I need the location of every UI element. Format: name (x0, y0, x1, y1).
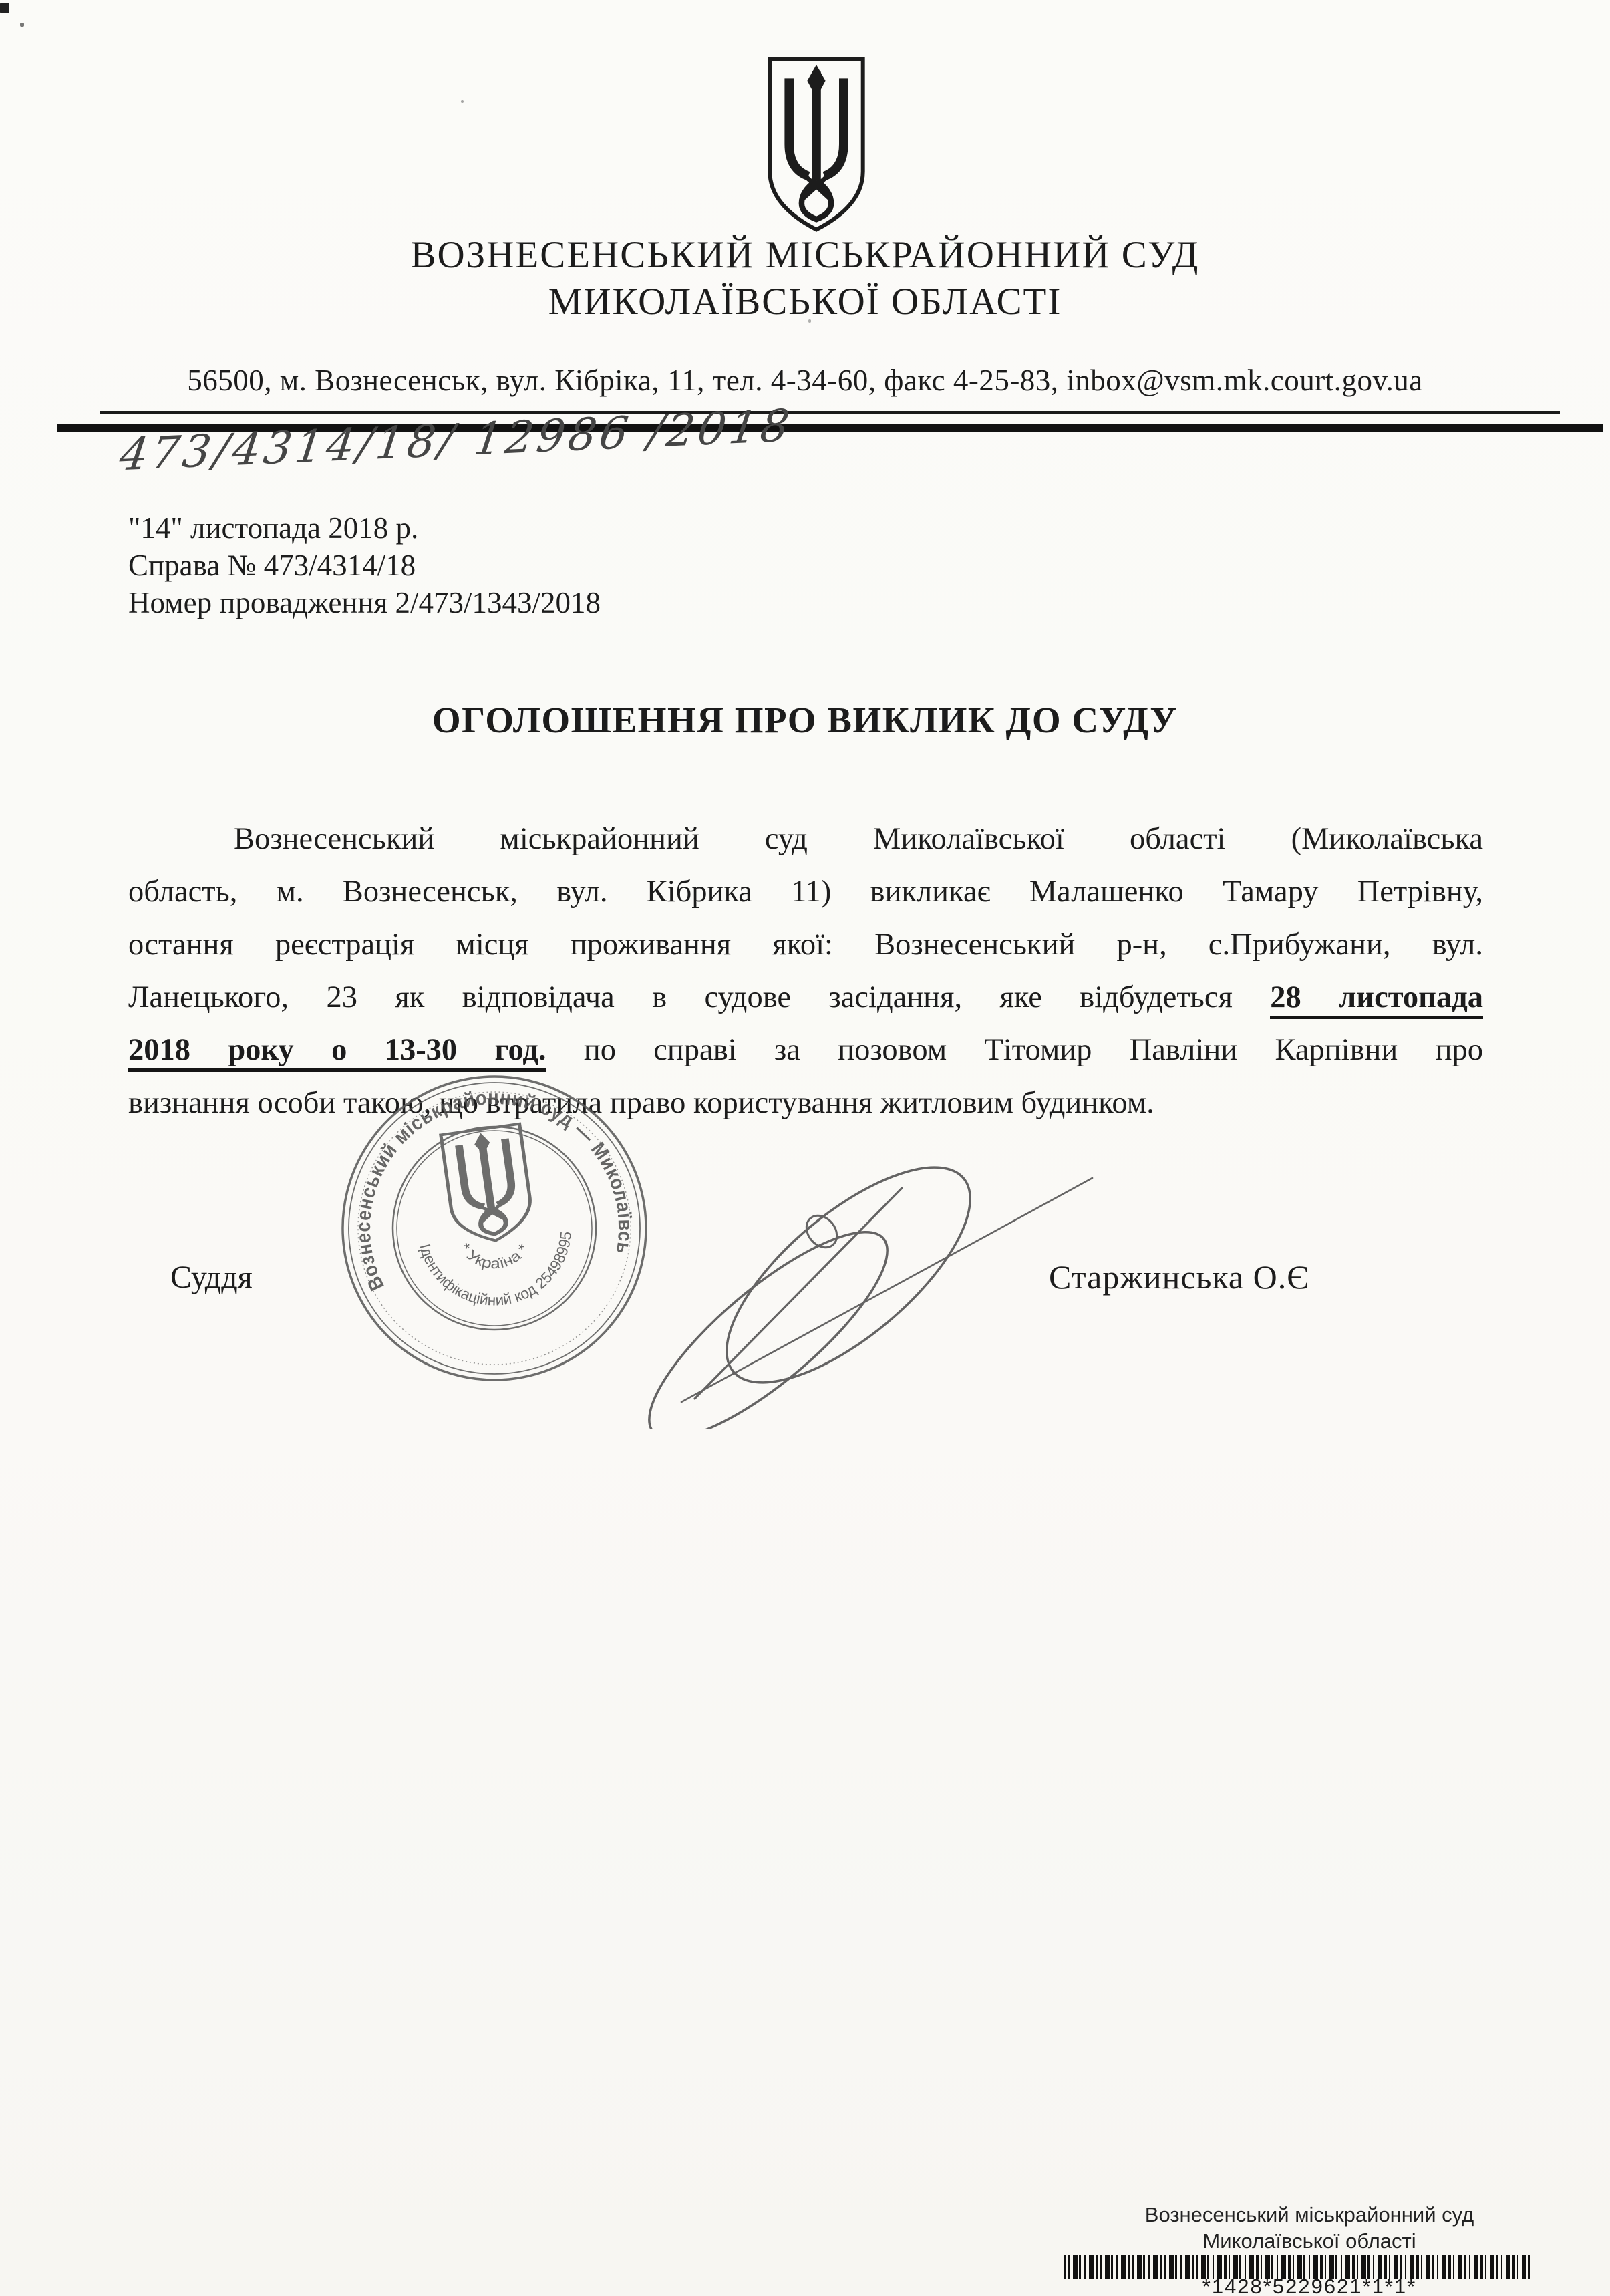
footer-court-line2: Миколаївської області (1042, 2229, 1577, 2253)
barcode-number: *1428*5229621*1*1* (1042, 2275, 1577, 2296)
body-line: Вознесенський міськрайонний суд Миколаїв… (128, 813, 1483, 865)
document-date: "14" листопада 2018 р. (128, 509, 601, 547)
hearing-time-bold: 2018 року о 13-30 год. (128, 1033, 546, 1072)
document-title: ОГОЛОШЕННЯ ПРО ВИКЛИК ДО СУДУ (0, 699, 1610, 741)
court-name-line1: ВОЗНЕСЕНСЬКИЙ МІСЬКРАЙОННИЙ СУД (0, 234, 1610, 277)
scanned-court-document: ВОЗНЕСЕНСЬКИЙ МІСЬКРАЙОННИЙ СУД МИКОЛАЇВ… (0, 0, 1610, 2296)
stamp-bottom-text: * Україна * (455, 1232, 534, 1278)
body-line4-text: Ланецького, 23 як відповідача в судове з… (128, 980, 1270, 1014)
ukraine-tryzub-shield-icon (760, 53, 873, 235)
court-address: 56500, м. Вознесенськ, вул. Кібріка, 11,… (0, 363, 1610, 398)
judge-signature (588, 1115, 1122, 1429)
body-line: область, м. Вознесенськ, вул. Кібрика 11… (128, 865, 1483, 918)
case-number: Справа № 473/4314/18 (128, 547, 601, 584)
hearing-date-bold: 28 листопада (1270, 980, 1483, 1019)
divider-rule-thin (100, 411, 1560, 414)
judge-label: Суддя (170, 1259, 253, 1296)
proceeding-number: Номер провадження 2/473/1343/2018 (128, 584, 601, 621)
scan-speck (0, 3, 9, 13)
case-info-block: "14" листопада 2018 р. Справа № 473/4314… (128, 509, 601, 621)
body-line: 2018 року о 13-30 год. по справі за позо… (128, 1024, 1483, 1077)
body-paragraph: Вознесенський міськрайонний суд Миколаїв… (128, 813, 1483, 1129)
court-name-line2: МИКОЛАЇВСЬКОЇ ОБЛАСТІ (0, 281, 1610, 323)
body-line5-text: по справі за позовом Тітомир Павліни Кар… (546, 1033, 1483, 1067)
footer-court-line1: Вознесенський міськрайонний суд (1042, 2203, 1577, 2227)
body-line: остання реєстрація місця проживання якої… (128, 918, 1483, 971)
scan-speck (461, 100, 464, 103)
svg-text:* Україна *: * Україна * (455, 1232, 534, 1278)
body-line: Ланецького, 23 як відповідача в судове з… (128, 971, 1483, 1024)
scan-speck (20, 23, 24, 27)
stamp-tryzub-shield (441, 1124, 535, 1246)
